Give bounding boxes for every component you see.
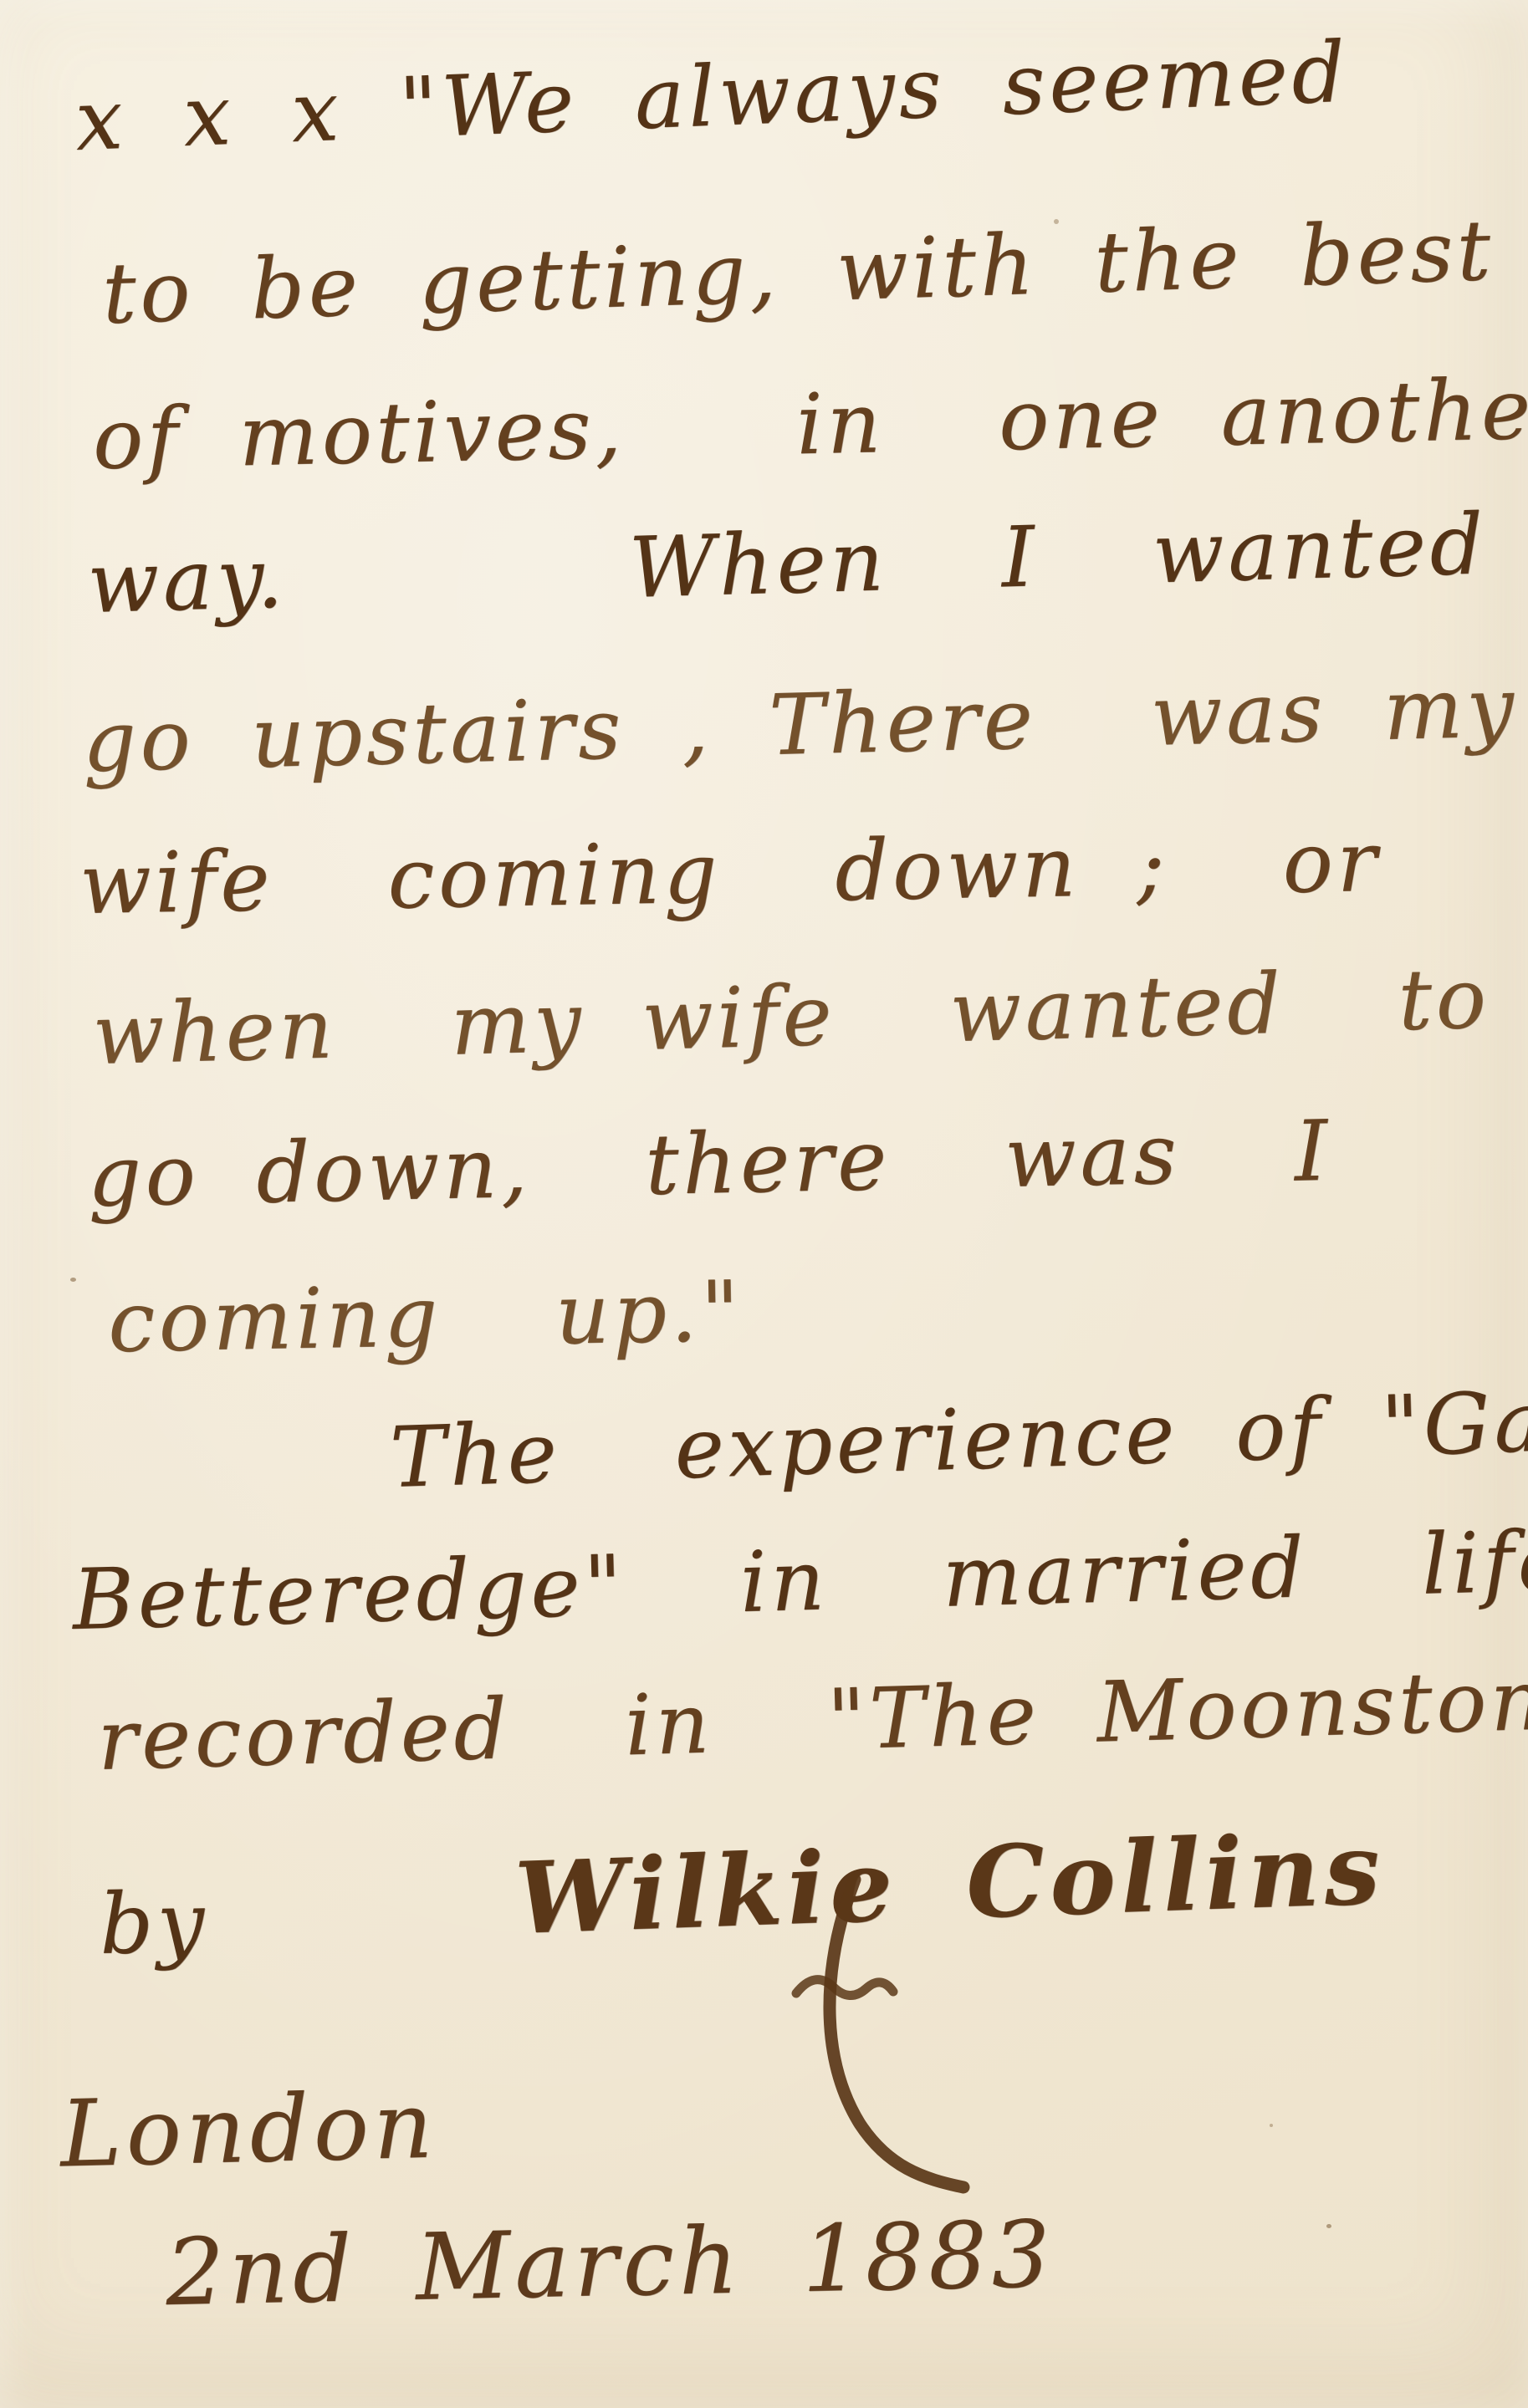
ink-speck: [70, 1278, 76, 1282]
letter-line: wife coming down ; or: [79, 820, 1381, 926]
place-line: London: [59, 2079, 438, 2181]
letter-line: by: [99, 1881, 208, 1967]
letter-line: to be getting, with the best: [101, 209, 1495, 336]
letter-line: go down, there was I: [87, 1110, 1332, 1219]
letter-line: recorded in "The Moonstone": [96, 1655, 1528, 1783]
letter-line: The experience of "Gabriel: [389, 1373, 1528, 1500]
letter-line: coming up.": [107, 1270, 744, 1365]
letter-line: when my wife wanted to: [91, 957, 1490, 1077]
ink-speck: [1270, 2124, 1273, 2127]
ink-speck: [1054, 219, 1059, 224]
letter-line: of motives, in one another's: [92, 365, 1528, 482]
letter-line: x x x "We always seemed: [74, 31, 1350, 163]
letter-line: way. When I wanted to: [86, 498, 1528, 625]
letter-line: Betteredge" in married life,: [71, 1518, 1528, 1642]
signature: Wilkie Collins: [514, 1819, 1387, 1948]
letter-page: x x x "We always seemed to be getting, w…: [0, 0, 1528, 2408]
ink-speck: [1326, 2224, 1331, 2228]
date-line: 2nd March 1883: [165, 2208, 1055, 2319]
letter-line: go upstairs , There was my: [82, 666, 1519, 784]
